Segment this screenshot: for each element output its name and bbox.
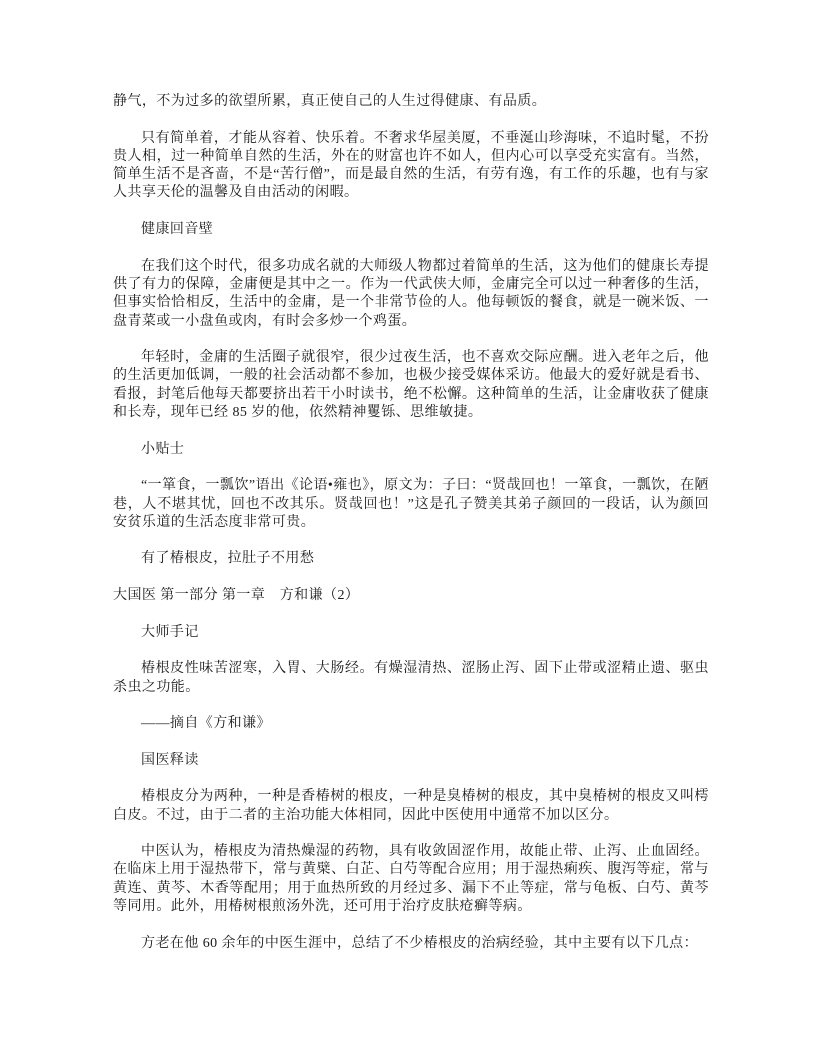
paragraph-analects-quote: “一箪食，一瓢饮”语出《论语•雍也》，原文为：子曰：“贤哉回也！一箪食，一瓢饮，… — [113, 477, 709, 532]
chapter-title-line: 大国医 第一部分 第一章 方和谦（2） — [113, 587, 709, 605]
document-page: 静气，不为过多的欲望所累，真正使自己的人生过得健康、有品质。 只有简单着，才能从… — [113, 93, 709, 953]
heading-chungenpi-diarrhea: 有了椿根皮，拉肚子不用愁 — [113, 550, 709, 568]
paragraph-quiet-mind-continuation: 静气，不为过多的欲望所累，真正使自己的人生过得健康、有品质。 — [113, 93, 709, 111]
heading-health-echo-wall: 健康回音壁 — [113, 221, 709, 239]
paragraph-jinyong-old-age: 年轻时，金庸的生活圈子就很窄，很少过夜生活，也不喜欢交际应酬。进入老年之后，他的… — [113, 349, 709, 422]
heading-tips: 小贴士 — [113, 441, 709, 459]
heading-tcm-interpretation: 国医释读 — [113, 752, 709, 770]
paragraph-fang-experience-intro: 方老在他 60 余年的中医生涯中，总结了不少椿根皮的治病经验，其中主要有以下几点… — [113, 935, 709, 953]
paragraph-chungenpi-properties: 椿根皮性味苦涩寒，入胃、大肠经。有燥湿清热、涩肠止泻、固下止带或涩精止遗、驱虫杀… — [113, 660, 709, 697]
paragraph-tcm-clinical-uses: 中医认为，椿根皮为清热燥湿的药物，具有收敛固涩作用，故能止带、止泻、止血固经。在… — [113, 843, 709, 916]
quote-source-line: ——摘自《方和谦》 — [113, 715, 709, 733]
paragraph-jinyong-frugal-life: 在我们这个时代，很多功成名就的大师级人物都过着简单的生活，这为他们的健康长寿提供… — [113, 258, 709, 331]
paragraph-simple-living: 只有简单着，才能从容着、快乐着。不奢求华屋美厦，不垂涎山珍海味，不追时髦，不扮贵… — [113, 130, 709, 203]
paragraph-chungenpi-two-kinds: 椿根皮分为两种，一种是香椿树的根皮，一种是臭椿树的根皮，其中臭椿树的根皮又叫樗白… — [113, 788, 709, 825]
heading-master-notes: 大师手记 — [113, 624, 709, 642]
